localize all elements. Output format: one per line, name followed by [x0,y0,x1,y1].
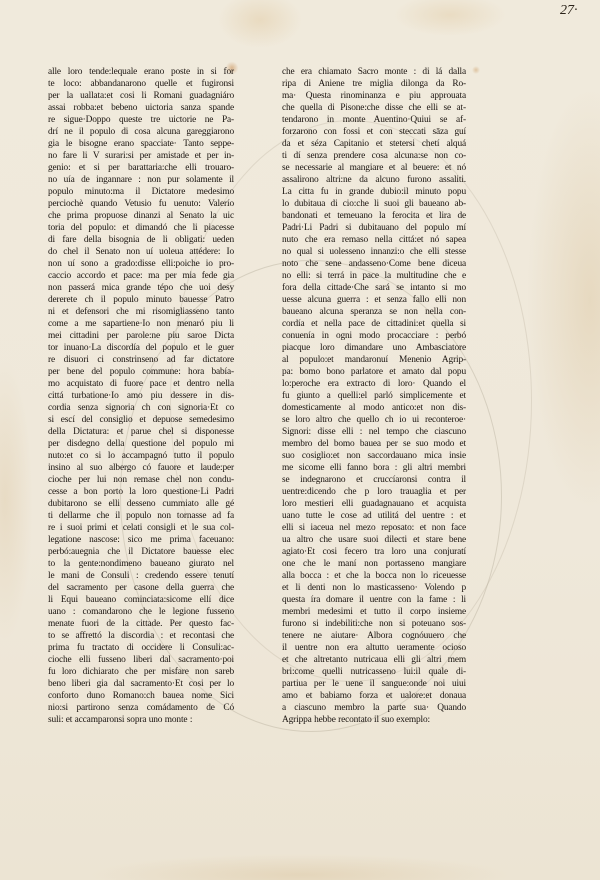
text-line: Padri·Li Padri si dubitauano del populo … [282,222,466,234]
text-line: nuto che era remaso nella cittá:et nó sa… [282,234,466,246]
text-line: re disuori ci constrinseno ad far dictat… [48,354,234,366]
text-line: suli: et accamparonsi sopra uno monte : [48,714,234,726]
text-line: del sacramento per casone della guerra c… [48,582,234,594]
text-line: domesticamente al modo antico:et non dis… [282,402,466,414]
text-line: populo minuto:ma il Dictatore medesimo [48,186,234,198]
text-column-left: alle loro tende:lequale erano poste in s… [48,66,234,726]
text-line: non passerá mica grande tépo che uoi des… [48,282,234,294]
manuscript-page: 27· alle loro tende:lequale erano poste … [0,0,600,880]
text-line: ripa di Aniene tre miglia dilonga da Ro- [282,78,466,90]
text-line: et che altretanto nutricaua elli gli alt… [282,654,466,666]
text-line: cesse a bon porto la loro questione·Li P… [48,486,234,498]
text-line: che prima propuose dinanzi al Senato la … [48,210,234,222]
text-line: cordia senza signoria ch con signoria·Et… [48,402,234,414]
text-line: fora della cittade·Che sará se intanto s… [282,282,466,294]
text-line: bandonati et temeuano la ferocita et lir… [282,210,466,222]
text-line: che era chiamato Sacro monte : di lá dal… [282,66,466,78]
text-line: tor inuano·La discordía del populo et le… [48,342,234,354]
text-line: mo acquistato di fuore pace et dentro ne… [48,378,234,390]
text-line: uentre:dicendo che p loro trauaglia et p… [282,486,466,498]
text-line: dubitarono se elli desseno cummiato alle… [48,498,234,510]
text-line: cioche elli fusseno liberi dal sacrament… [48,654,234,666]
text-line: tenere ne aiutare· Albora cognóuuero che [282,630,466,642]
text-line: prima fu tractato di occidere li Consuli… [48,642,234,654]
text-line: non uí sono a grado:disse elli:poiche io… [48,258,234,270]
text-line: Signori: disse elli : nel tempo che cias… [282,426,466,438]
text-line: no uía de ingannare : non pur solamente … [48,174,234,186]
text-line: loro mestieri elli guadagnauano et acqui… [282,498,466,510]
text-line: fu giunto a quelli:el parló simplicement… [282,390,466,402]
text-column-right: che era chiamato Sacro monte : di lá dal… [282,66,466,726]
text-line: gia le bisogne erano spacciate· Tanto se… [48,138,234,150]
text-line: cioche per lui non remase chel non condu… [48,474,234,486]
text-line: nuto:et co si lo accampagnó tutto il pop… [48,450,234,462]
text-line: pa: bomo bono parlatore et amato dal pop… [282,366,466,378]
text-line: uano : comandarono che le legione fussen… [48,606,234,618]
text-line: membro del bomo bauea per se suo modo et [282,438,466,450]
text-line: elli si iaceua nel mezo reposato: et non… [282,522,466,534]
text-line: dererete ch il populo minuto bauesse Pat… [48,294,234,306]
text-line: fu loro dichiarato che per misfare non s… [48,666,234,678]
text-line: mei cittadini per parole:ne piu saroe Di… [48,330,234,342]
text-line: amo et babiamo forza et ualore:et donaua [282,690,466,702]
text-line: cittá turbatione·Io amo piu dessere in d… [48,390,234,402]
text-line: conforto duno Romano:ch bauea nome Sici [48,690,234,702]
text-line: no fare li V surari:si per amistade et p… [48,150,234,162]
text-line: forzarono con fossi et con steccati sāza… [282,126,466,138]
text-line: menate fuori de la cittade. Per questo f… [48,618,234,630]
text-line: agiato·Et cosi fecero tra loro una conju… [282,546,466,558]
text-line: te loco: abbandanarono quelle et fugiron… [48,78,234,90]
text-line: di fare della bisognia de li obligati: u… [48,234,234,246]
text-line: ua altro che usare suoi dilecti et stare… [282,534,466,546]
text-line: alla bocca : et che la bocca non lo rice… [282,570,466,582]
text-line: questa íra domare il uentre con la fame … [282,594,466,606]
text-line: re sigue·Doppo queste tre uictorie ne Pa… [48,114,234,126]
text-line: baueano alcuna speranza se non nella con… [282,306,466,318]
text-line: se loro altro che quello ch io ui recont… [282,414,466,426]
text-line: nio:si partirono senza comádamento de Có [48,702,234,714]
text-line: se necessarie al mangiare et al beuere: … [282,162,466,174]
text-line: della Dictatura: et parue chel si dispon… [48,426,234,438]
text-line: beno liberi gia dal sacramento·Et cosi p… [48,678,234,690]
text-line: insino al suo albergo có fauore et laude… [48,462,234,474]
text-line: no qual si uolesseno innanzi:o che elli … [282,246,466,258]
text-line: si escí del consiglio et depuose semedes… [48,414,234,426]
text-line: furono si indebiliti:che non si poteuano… [282,618,466,630]
text-line: da et séza Capitanio et stetersi chetí a… [282,138,466,150]
text-line: me sicome elli fanno bora : gli altri me… [282,462,466,474]
folio-number: 27· [560,3,578,19]
text-line: ti dí senza prendere cosa alcuna:se non … [282,150,466,162]
text-line: uano tutte le cose ad utilitá del uentre… [282,510,466,522]
text-line: se indegnarono et cruccíaronsi contra il [282,474,466,486]
text-line: noto che sene andasseno·Come bene diceua [282,258,466,270]
text-line: per bene del populo commune: hora babía- [48,366,234,378]
text-line: Agrippa hebbe recontato il suo exemplo: [282,714,466,726]
text-line: il uentre non era altutto ueramente ocio… [282,642,466,654]
text-line: drí ne il populo di cosa alcuna gareggia… [48,126,234,138]
text-line: to se affrettó la discordia : et reconta… [48,630,234,642]
text-line: lo dubitaua di cio:che li suoi gli bauea… [282,198,466,210]
text-line: ti dellarme che il populo non tornasse a… [48,510,234,522]
text-line: uesse alcuna guerra : et senza fallo ell… [282,294,466,306]
text-line: genio: et si per barattaria:che elli tro… [48,162,234,174]
text-line: no elli: si terrá in pace la multitudine… [282,270,466,282]
text-line: toria del populo: et dimandó che li piac… [48,222,234,234]
text-line: legatione nascose: sico me prima faceuan… [48,534,234,546]
text-line: piacque loro dimandare uno Ambasciatore [282,342,466,354]
text-line: ma· Questa rinominanza e piu approuata [282,90,466,102]
text-line: bri:come quelli nutricasseno lui:il qual… [282,666,466,678]
text-line: lo:peroche era extracto di loro· Quando … [282,378,466,390]
text-line: come a me sapartiene·Io non menaró piu l… [48,318,234,330]
text-line: al populo:et mandaronuí Menenio Agrip- [282,354,466,366]
text-line: le mani de Consuli : credendo essere ten… [48,570,234,582]
text-line: conuenía in ogni modo procacciare : perb… [282,330,466,342]
text-line: one che le maní non portasseno mangiare [282,558,466,570]
text-line: per disdegno della questione del populo … [48,438,234,450]
text-line: re i suoi primi et celati consigli et le… [48,522,234,534]
text-line: per la uallata:et cosi li Romani guadagn… [48,90,234,102]
text-line: li Equi baueano cominciata:sicome ellí d… [48,594,234,606]
text-line: caccio accordo et pace: ma per mia fede … [48,270,234,282]
text-line: perciochè quando Vetusio fu uenuto: Vale… [48,198,234,210]
text-line: che quella di Pisone:che disse che elli … [282,102,466,114]
text-line: ni et defensori che mi risomigliasseno t… [48,306,234,318]
text-line: assai robba:et bebeno uictoria sanza spa… [48,102,234,114]
text-line: et li denti non lo masticasseno· Volendo… [282,582,466,594]
text-line: La citta fu in grande dubio:il minuto po… [282,186,466,198]
text-line: to la gente:nondimeno baueano giurato ne… [48,558,234,570]
text-line: suo cosiglio:et non saccordauano mica in… [282,450,466,462]
text-line: partiua per le uene il sangue:onde noi u… [282,678,466,690]
text-line: membri medesimi et tutto il corpo insiem… [282,606,466,618]
text-line: cordía et nella pace de cittadini:et que… [282,318,466,330]
text-line: tendarono in monte Auentino·Quiui se af- [282,114,466,126]
text-line: do chel il Senato non uí uoleua attédere… [48,246,234,258]
text-line: perbó:auegnia che il Dictatore bauesse e… [48,546,234,558]
text-line: a ciascuno membro la parte sua· Quando [282,702,466,714]
text-line: alle loro tende:lequale erano poste in s… [48,66,234,78]
text-line: assalirono altri:ne da alcuno furono ass… [282,174,466,186]
